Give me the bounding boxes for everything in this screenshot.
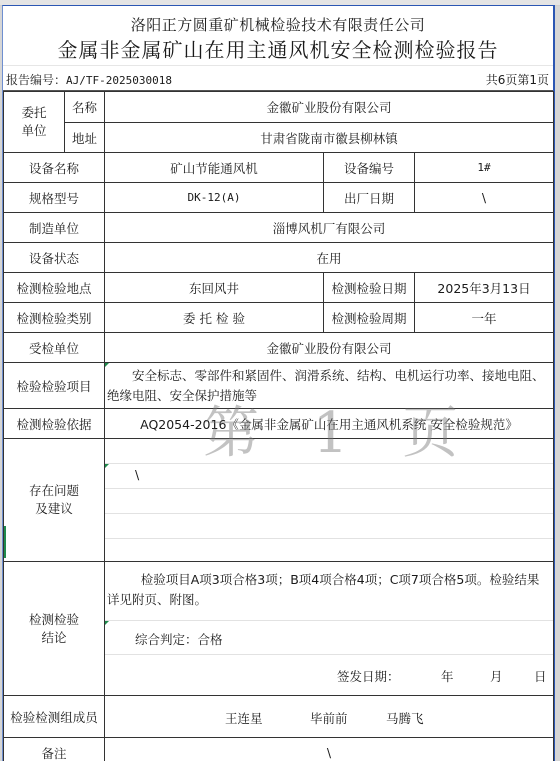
items-label: 检验检验项目	[4, 363, 105, 409]
conclusion-text: 检验项目A项3项合格3项；B项4项合格4项；C项7项合格5项。检验结果详见附页、…	[105, 570, 553, 610]
items-text: 安全标志、零部件和紧固件、润滑系统、结构、电机运行功率、接地电阻、绝缘电阻、安全…	[105, 366, 553, 406]
issues-label: 存在问题 及建议	[4, 439, 105, 562]
comment-marker-icon	[105, 464, 109, 468]
client-name-cell[interactable]: 金徽矿业股份有限公司	[105, 92, 554, 123]
report-number-value: AJ/TF-2025030018	[66, 74, 172, 87]
factory-date-cell[interactable]: \	[415, 183, 554, 213]
issue-date-year: 年	[441, 667, 454, 685]
inspection-date-label: 检测检验日期	[324, 273, 415, 303]
inspected-unit-cell[interactable]: 金徽矿业股份有限公司	[105, 333, 554, 363]
inspection-date-cell[interactable]: 2025年3月13日	[415, 273, 554, 303]
report-header: 洛阳正方圆重矿机械检验技术有限责任公司 金属非金属矿山在用主通风机安全检测检验报…	[3, 6, 553, 64]
report-sheet: 洛阳正方圆重矿机械检验技术有限责任公司 金属非金属矿山在用主通风机安全检测检验报…	[2, 5, 555, 761]
status-cell[interactable]: 在用	[105, 243, 554, 273]
remarks-cell[interactable]: \	[105, 738, 554, 761]
members-label: 检验检测组成员	[4, 696, 105, 738]
location-label: 检测检验地点	[4, 273, 105, 303]
member-2: 毕前前	[310, 709, 348, 727]
report-meta-row: 报告编号：AJ/TF-2025030018 共6页第1页	[3, 65, 553, 92]
client-address-cell[interactable]: 甘肃省陇南市徽县柳林镇	[105, 123, 554, 153]
client-address-label: 地址	[65, 123, 105, 153]
issues-label-line-2: 及建议	[4, 500, 104, 518]
category-label: 检测检验类别	[4, 303, 105, 333]
location-cell[interactable]: 东回风井	[105, 273, 324, 303]
page-info: 共6页第1页	[486, 71, 549, 88]
report-number-label: 报告编号：	[6, 73, 66, 87]
equipment-number-cell[interactable]: 1#	[415, 153, 554, 183]
inspected-unit-label: 受检单位	[4, 333, 105, 363]
conclusion-cell[interactable]: 检验项目A项3项合格3项；B项4项合格4项；C项7项合格5项。检验结果详见附页、…	[105, 562, 554, 696]
basis-cell[interactable]: AQ2054-2016《金属非金属矿山在用主通风机系统 安全检验规范》	[105, 409, 554, 439]
category-cell[interactable]: 委 托 检 验	[105, 303, 324, 333]
member-3: 马腾飞	[386, 709, 424, 727]
period-label: 检测检验周期	[324, 303, 415, 333]
model-label: 规格型号	[4, 183, 105, 213]
manufacturer-cell[interactable]: 淄博风机厂有限公司	[105, 213, 554, 243]
status-label: 设备状态	[4, 243, 105, 273]
conclusion-label: 检测检验 结论	[4, 562, 105, 696]
comment-marker-icon	[105, 621, 109, 625]
equipment-number-label: 设备编号	[324, 153, 415, 183]
issues-text: \	[135, 467, 139, 482]
conclusion-label-line-1: 检测检验	[4, 611, 104, 629]
report-table: 委托单位 名称 金徽矿业股份有限公司 地址 甘肃省陇南市徽县柳林镇 设备名称 矿…	[3, 91, 554, 761]
report-title: 金属非金属矿山在用主通风机安全检测检验报告	[3, 34, 553, 63]
issue-date-month: 月	[490, 667, 503, 685]
overall-judgement: 综合判定：合格	[135, 630, 223, 648]
factory-date-label: 出厂日期	[324, 183, 415, 213]
client-name-label: 名称	[65, 92, 105, 123]
model-cell[interactable]: DK-12(A)	[105, 183, 324, 213]
manufacturer-label: 制造单位	[4, 213, 105, 243]
equipment-name-label: 设备名称	[4, 153, 105, 183]
report-number: 报告编号：AJ/TF-2025030018	[6, 71, 172, 88]
issue-date-day: 日	[534, 667, 547, 685]
equipment-name-cell[interactable]: 矿山节能通风机	[105, 153, 324, 183]
issues-cell[interactable]: \	[105, 439, 554, 562]
remarks-label: 备注	[4, 738, 105, 761]
comment-marker-icon	[105, 363, 109, 367]
conclusion-label-line-2: 结论	[4, 629, 104, 647]
company-name: 洛阳正方圆重矿机械检验技术有限责任公司	[3, 14, 553, 35]
member-1: 王连星	[225, 709, 263, 727]
period-cell[interactable]: 一年	[415, 303, 554, 333]
members-cell[interactable]: 王连星 毕前前 马腾飞	[105, 696, 554, 738]
client-group-label: 委托单位	[4, 92, 65, 153]
items-cell[interactable]: 安全标志、零部件和紧固件、润滑系统、结构、电机运行功率、接地电阻、绝缘电阻、安全…	[105, 363, 554, 409]
issue-date-label: 签发日期：	[337, 667, 400, 685]
basis-label: 检测检验依据	[4, 409, 105, 439]
issues-label-line-1: 存在问题	[4, 482, 104, 500]
